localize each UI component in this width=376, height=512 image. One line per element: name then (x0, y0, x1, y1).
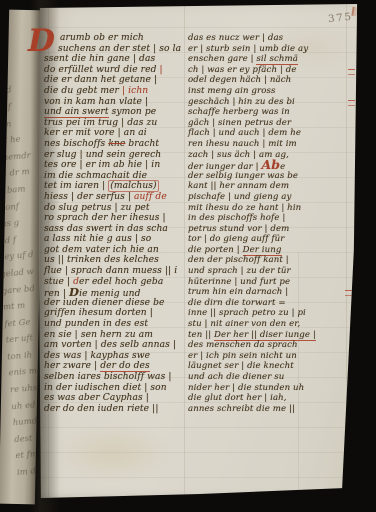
ink-segment: ch | was er ey pfäch | de (188, 65, 297, 75)
ink-segment: die glut dort her | iah, (188, 393, 287, 403)
ink-segment: arumb ob er mich (60, 33, 144, 43)
rubric-segment: sil schmä (256, 54, 298, 65)
facing-page-text-fragment: enis md (8, 362, 45, 382)
ink-segment: es was aber Cayphas | (44, 393, 149, 403)
rubric-segment: kne (108, 139, 125, 149)
text-line: tes ore | er im ab hie | in (44, 160, 187, 171)
text-line: in des pischoffs hofe | (188, 213, 356, 224)
text-line: die glut dort her | iah, (188, 393, 356, 404)
ink-segment: des menschen da sprach (188, 340, 298, 350)
ink-segment: flach | und auch | dem he (188, 128, 301, 138)
text-line: die dirn die torwart = (188, 298, 356, 309)
text-line: her zware | der do des (44, 361, 187, 372)
ink-segment: die er dann het getane | (44, 75, 157, 85)
ink-segment: geschäch | hin zu des bi (188, 97, 295, 107)
ink-segment: nider her | die stunden uh (188, 383, 304, 393)
ink-segment: trus pei im trug | das zu (44, 118, 157, 128)
facing-page-text-fragment: uh ed (11, 395, 45, 415)
text-line: des menschen da sprach (188, 340, 356, 351)
text-line: die du gebt mer | ichn (44, 86, 187, 97)
ink-segment: das es nucz wer | das (188, 33, 283, 43)
text-line: a lass nit hie g aus | so (44, 234, 187, 245)
red-margin-mark (345, 290, 352, 296)
text-line: geschäch | hin zu des bi (188, 97, 356, 108)
text-line: do erfüllet wurd die red | (44, 65, 187, 76)
manuscript-photo: nd dosamoldn wsit uruchndgo nifwhimhest … (0, 0, 376, 512)
rubric-segment: auff de (134, 192, 167, 202)
ink-segment: got dem vater ich hie an (44, 245, 159, 255)
text-line: ro sprach der her ihesus | (44, 213, 187, 224)
red-margin-mark (348, 100, 355, 106)
ink-segment: mit ihesu do ze hant | hin (188, 203, 301, 213)
ink-segment: schaffe herberg was in (188, 107, 290, 117)
text-line: der selbig iunger was be (188, 171, 356, 182)
ink-segment: trum hin ein darnach | (188, 287, 288, 297)
facing-page-text-fragment: ton ih (7, 346, 46, 366)
text-line: es was aber Cayphas | (44, 393, 187, 404)
ink-segment: hiess | der serfus | (44, 192, 134, 202)
text-line: flach | und auch | dem he (188, 128, 356, 139)
facing-page-text: nd dosamoldn wsit uruchndgo nifwhimhest … (0, 15, 45, 482)
ink-segment: her zware | (44, 361, 100, 371)
text-line: flue | sprach dann muess || i (44, 266, 187, 277)
text-line: annes schreibt die me || (188, 404, 356, 415)
rubricated-initial-D: D (28, 26, 55, 56)
facing-page-edge: nd dosamoldn wsit uruchndgo nifwhimhest … (0, 10, 45, 505)
ink-segment: petrus stund vor | dem (188, 224, 289, 234)
ink-segment: und ach die diener su (188, 372, 284, 382)
ink-segment: in der iudischen diet | son (44, 383, 167, 393)
ink-segment: inst meng ain gross (188, 86, 276, 96)
text-line: got dem vater ich hie an (44, 245, 187, 256)
ink-segment: do erfüllet wurd die red (44, 65, 157, 75)
ink-segment: die du gebt mer (44, 86, 122, 96)
facing-page-text-fragment: fet Ge (4, 313, 45, 333)
text-line: selben iares bischolff was | (44, 372, 187, 383)
text-line: pischafe | und gieng ay (188, 192, 356, 203)
ink-segment: enschen gare | (188, 54, 256, 64)
ink-segment: die dirn die torwart = (188, 298, 286, 308)
text-line: in der iudischen diet | son (44, 383, 187, 394)
rubric-segment: (malchus) (108, 180, 158, 192)
ink-segment: die porten | (188, 245, 243, 255)
text-line: arumb ob er mich (44, 33, 187, 44)
ink-segment: gäch | sinen petrus der (188, 118, 291, 128)
ink-segment: selben iares bischolff was | (44, 372, 172, 382)
text-line: suchens an der stet | so la (44, 44, 187, 55)
folio-number: 375 (327, 11, 353, 26)
rubric-segment: | (157, 65, 163, 75)
text-line: er | ich pin sein nicht un (188, 351, 356, 362)
text-line: der do den iuden riete || (44, 404, 187, 415)
facing-page-text-fragment: re uhst (9, 379, 45, 399)
ink-segment: ten || (188, 330, 214, 340)
ink-segment: von in kam han vlate | (44, 97, 148, 107)
red-margin-mark (348, 69, 355, 75)
ink-segment: läugnet ser | die knecht (188, 361, 294, 371)
ink-segment: a lass nit hie g aus | so (44, 234, 151, 244)
rubric-segment: Der her || diser iunge | (214, 330, 316, 341)
text-line: und ach die diener su (188, 372, 356, 383)
ink-segment: nes bischoffs (44, 139, 108, 149)
text-line: do slug petrus | zu pet (44, 203, 187, 214)
text-line: ch | was er ey pfäch | de (188, 65, 356, 76)
ink-segment: kant || her annam dem (188, 181, 289, 191)
ink-segment: des was | kayphas swe (44, 351, 150, 361)
ink-segment: griffen ihesum dorten | (44, 308, 153, 318)
text-line: gäch | sinen petrus der (188, 118, 356, 129)
text-line: läugnet ser | die knecht (188, 361, 356, 372)
text-line: ren | Die menig und (44, 287, 187, 298)
ink-segment: den der pischoff kant | (188, 255, 289, 265)
text-line: ren ihesu nauch | mit im (188, 139, 356, 150)
text-line: und sprach | zu der tür (188, 266, 356, 277)
left-text-column: arumb ob er michsuchens an der stet | so… (44, 33, 187, 414)
rubric-segment: der do des (100, 361, 150, 372)
text-line: inst meng ain gross (188, 86, 356, 97)
text-line: stue | der edel hoch geba (44, 277, 187, 288)
ink-segment: am vorten | des selb annas | (44, 340, 176, 350)
ink-segment: und punden in des est (44, 319, 148, 329)
ink-segment: er slug | und sein gerech (44, 150, 161, 160)
text-line: tet im iaren | (malchus) (44, 181, 187, 192)
text-line: odel degen häch | näch (188, 75, 356, 86)
ink-segment: tes ore | er im ab hie | in (44, 160, 160, 170)
rubric-segment: und ain swert (44, 107, 109, 118)
text-line: am vorten | des selb annas | (44, 340, 187, 351)
ink-segment: pischafe | und gieng ay (188, 192, 291, 202)
text-line: griffen ihesum dorten | (44, 308, 187, 319)
ink-segment: inne || sprach petro zu | pi (188, 308, 306, 318)
text-line: kant || her annam dem (188, 181, 356, 192)
text-line: enschen gare | sil schmä (188, 54, 356, 65)
ink-segment: stu | nit ainer von den er, (188, 319, 300, 329)
text-line: hüterinne | und furt pe (188, 277, 356, 288)
parchment-stain (54, 423, 174, 483)
ink-segment: er | ich pin sein nicht un (188, 351, 297, 361)
text-line: das es nucz wer | das (188, 33, 356, 44)
ink-segment: er edel hoch geba (79, 277, 163, 287)
ink-segment: tor | do gieng auff für (188, 234, 284, 244)
text-line: des was | kayphas swe (44, 351, 187, 362)
ink-segment: in des pischoffs hofe | (188, 213, 285, 223)
text-line: der iuden diener diese be (44, 298, 187, 309)
ink-segment: us || trinken des kelches (44, 255, 159, 265)
rubric-segment: | ichn (122, 86, 148, 96)
ink-segment: er | sturb sein | umb die ay (188, 44, 308, 54)
ink-segment: do slug petrus | zu pet (44, 203, 150, 213)
ink-segment: symon pe (109, 107, 157, 117)
text-line: trus pei im trug | das zu (44, 118, 187, 129)
ink-segment: der do den iuden riete || (44, 404, 158, 414)
text-line: nider her | die stunden uh (188, 383, 356, 394)
facing-page-text-fragment: ter uft (5, 329, 45, 349)
text-line: und ain swert symon pe (44, 107, 187, 118)
text-line: en sie | sen hern zu am (44, 330, 187, 341)
text-line: die porten | Der iung (188, 245, 356, 256)
text-line: ten || Der her || diser iunge | (188, 330, 356, 341)
ink-segment: ren ihesu nauch | mit im (188, 139, 297, 149)
manuscript-page: 375 arumb ob er michsuchens an der stet … (36, 3, 362, 500)
text-line: der iunger dar | Abe (188, 160, 356, 171)
red-edge-mark (351, 7, 357, 17)
right-text-column: das es nucz wer | daser | sturb sein | u… (188, 33, 356, 414)
ink-segment: hüterinne | und furt pe (188, 277, 290, 287)
text-line: und punden in des est (44, 319, 187, 330)
text-line: nes bischoffs kne bracht (44, 139, 187, 150)
facing-page-text-fragment: humdr (12, 412, 45, 432)
ink-segment: ssent die hin gane | das (44, 54, 155, 64)
ink-segment: annes schreibt die me || (188, 404, 295, 414)
text-line: schaffe herberg was in (188, 107, 356, 118)
ink-segment: der iuden diener diese be (44, 298, 165, 308)
ink-segment: en sie | sen hern zu am (44, 330, 153, 340)
text-line: trum hin ein darnach | (188, 287, 356, 298)
text-line: sass das swert in das scha (44, 224, 187, 235)
text-line: die er dann het getane | (44, 75, 187, 86)
text-line: tor | do gieng auff für (188, 234, 356, 245)
ink-segment: tet im iaren | (44, 181, 108, 191)
text-line: von in kam han vlate | (44, 97, 187, 108)
text-line: den der pischoff kant | (188, 255, 356, 266)
ink-segment: suchens an der stet | so la (58, 44, 181, 54)
text-line: petrus stund vor | dem (188, 224, 356, 235)
ink-segment: flue | sprach dann muess || i (44, 266, 177, 276)
text-line: inne || sprach petro zu | pi (188, 308, 356, 319)
text-line: ssent die hin gane | das (44, 54, 187, 65)
ink-segment: odel degen häch | näch (188, 75, 291, 85)
ink-segment: sass das swert in das scha (44, 224, 168, 234)
text-line: hiess | der serfus | auff de (44, 192, 187, 203)
text-line: us || trinken des kelches (44, 255, 187, 266)
text-line: stu | nit ainer von den er, (188, 319, 356, 330)
text-line: er slug | und sein gerech (44, 150, 187, 161)
text-line: mit ihesu do ze hant | hin (188, 203, 356, 214)
text-line: er | sturb sein | umb die ay (188, 44, 356, 55)
ink-segment: ro sprach der her ihesus | (44, 213, 166, 223)
text-line: ker er mit vore | an ai (44, 128, 187, 139)
ink-segment: bracht (125, 139, 159, 149)
ink-segment: der selbig iunger was be (188, 171, 298, 181)
ink-segment: ker er mit vore | an ai (44, 128, 147, 138)
ink-segment: und sprach | zu der tür (188, 266, 291, 276)
